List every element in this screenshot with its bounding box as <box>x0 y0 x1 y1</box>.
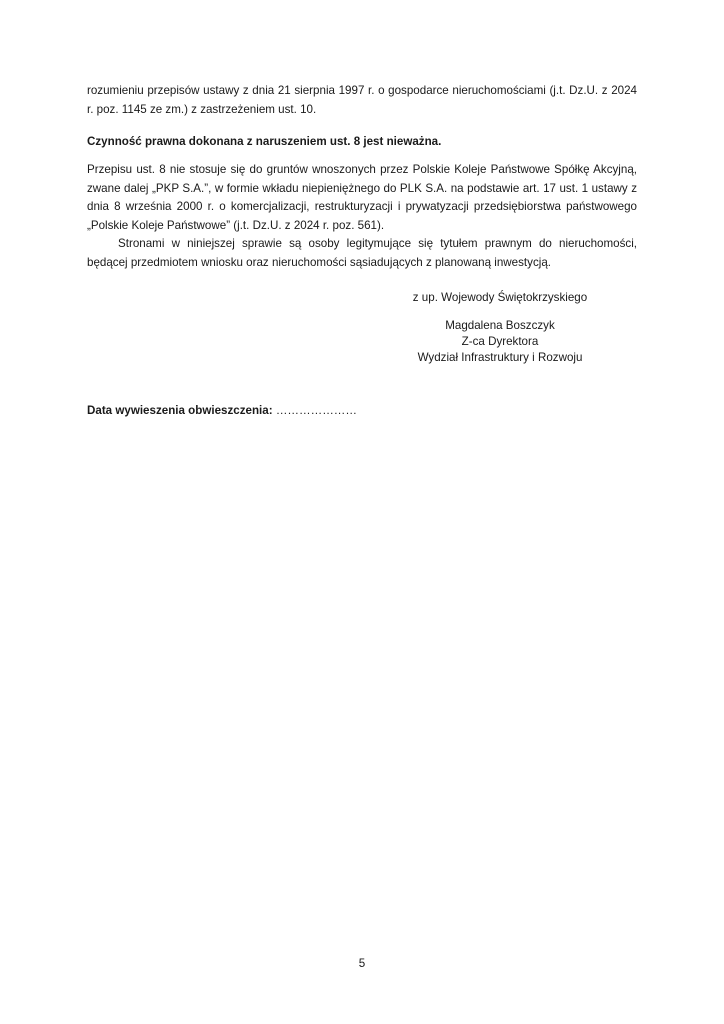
signature-block: Magdalena Boszczyk Z-ca Dyrektora Wydzia… <box>395 318 605 366</box>
posting-date-label: Data wywieszenia obwieszczenia: <box>87 404 273 417</box>
signatory-department: Wydział Infrastruktury i Rozwoju <box>395 350 605 366</box>
paragraph-parties: Stronami w niniejszej sprawie są osoby l… <box>87 235 637 272</box>
signatory-position: Z-ca Dyrektora <box>395 334 605 350</box>
signatory-name: Magdalena Boszczyk <box>395 318 605 334</box>
paragraph-real-estate-law: rozumieniu przepisów ustawy z dnia 21 si… <box>87 82 637 119</box>
signature-authority: z up. Wojewody Świętokrzyskiego <box>395 290 605 306</box>
nullity-statement: Czynność prawna dokonana z naruszeniem u… <box>87 133 637 152</box>
posting-date-value: ………………… <box>276 404 357 417</box>
document-page: rozumieniu przepisów ustawy z dnia 21 si… <box>0 0 724 1024</box>
page-number: 5 <box>0 957 724 970</box>
paragraph-pkp-exception: Przepisu ust. 8 nie stosuje się do grunt… <box>87 161 637 235</box>
posting-date-line: Data wywieszenia obwieszczenia: ………………… <box>87 404 357 417</box>
